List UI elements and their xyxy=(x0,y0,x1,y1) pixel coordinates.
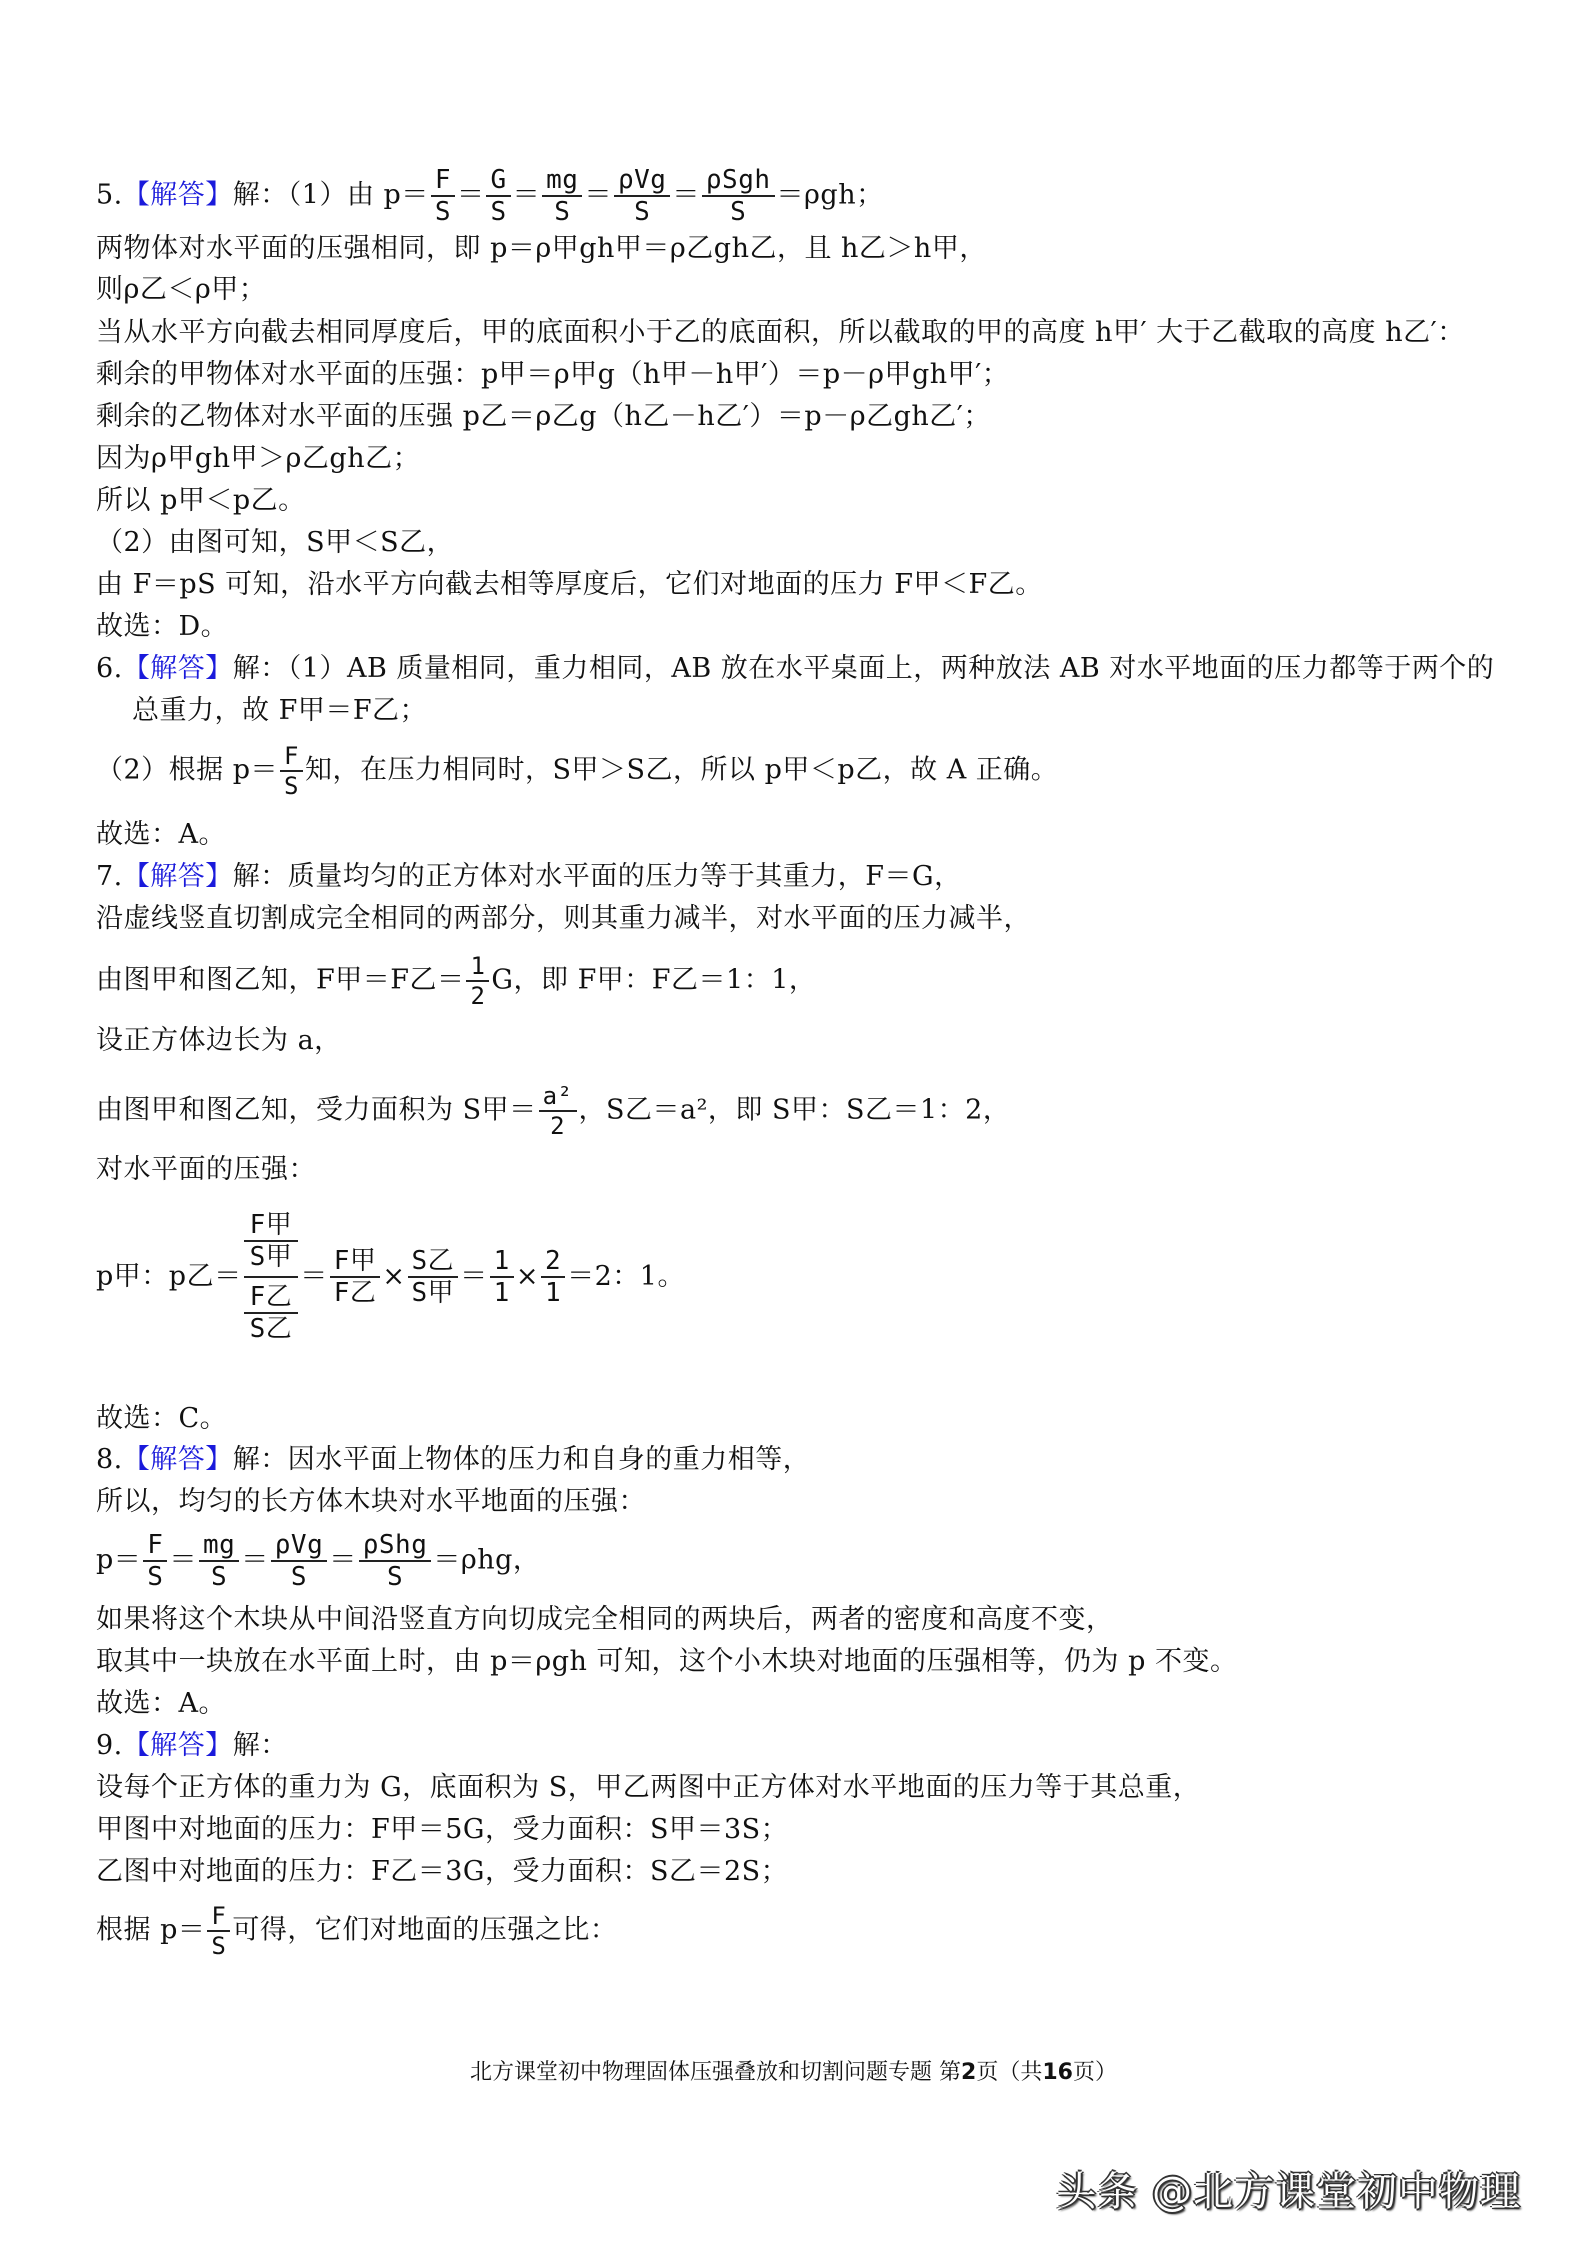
answer-tag: 【解答】 xyxy=(123,1730,233,1761)
question-number: 6. xyxy=(96,653,123,684)
text: 根据 p＝ xyxy=(96,1915,205,1946)
q8-line-4: 如果将这个木块从中间沿竖直方向切成完全相同的两块后，两者的密度和高度不变， xyxy=(96,1603,1114,1637)
q5-line-7: 因为ρ甲gh甲＞ρ乙gh乙； xyxy=(96,442,420,476)
text: p＝ xyxy=(96,1545,141,1576)
fraction: mgS xyxy=(199,1530,239,1592)
answer-tag: 【解答】 xyxy=(123,180,233,211)
q7-answer: 故选：C。 xyxy=(96,1402,227,1436)
fraction: 21 xyxy=(541,1246,565,1308)
fraction: S乙S甲 xyxy=(408,1246,459,1308)
text: ＝ρhg， xyxy=(433,1545,540,1576)
q7-line-3: 由图甲和图乙知，F甲＝F乙＝12G，即 F甲：F乙＝1：1， xyxy=(96,952,816,1010)
fraction: FS xyxy=(280,742,303,800)
q7-line-6: 对水平面的压强： xyxy=(96,1153,316,1187)
fraction: FS xyxy=(207,1902,230,1960)
q5-line-10: 由 F＝pS 可知，沿水平方向截去相等厚度后，它们对地面的压力 F甲＜F乙。 xyxy=(96,568,1043,602)
q9-line-3: 甲图中对地面的压力：F甲＝5G，受力面积：S甲＝3S； xyxy=(96,1813,788,1847)
text: 可得，它们对地面的压强之比： xyxy=(232,1915,617,1946)
q7-line-4: 设正方体边长为 a， xyxy=(96,1024,342,1058)
footer-page-mid: 页（共 xyxy=(976,2060,1042,2085)
fraction: a²2 xyxy=(539,1082,577,1140)
text: 解：因水平面上物体的压力和自身的重力相等， xyxy=(233,1444,811,1475)
fraction: ρSghS xyxy=(702,165,775,227)
question-number: 7. xyxy=(96,861,123,892)
q7-line-5: 由图甲和图乙知，受力面积为 S甲＝a²2，S乙＝a²，即 S甲：S乙＝1：2， xyxy=(96,1082,1010,1140)
q7-line-7: p甲：p乙＝ F甲S甲 F乙S乙 ＝F甲F乙×S乙S甲＝11×21＝2：1。 xyxy=(96,1210,685,1344)
q7-line-1: 7.【解答】解：质量均匀的正方体对水平面的压力等于其重力，F＝G， xyxy=(96,860,962,894)
answer-tag: 【解答】 xyxy=(123,653,233,684)
q5-line-2: 两物体对水平面的压强相同，即 p＝ρ甲gh甲＝ρ乙gh乙，且 h乙＞h甲， xyxy=(96,232,987,266)
fraction: FS xyxy=(143,1530,167,1592)
q5-line-8: 所以 p甲＜p乙。 xyxy=(96,484,306,518)
text: 由图甲和图乙知，F甲＝F乙＝ xyxy=(96,965,464,996)
text: 由图甲和图乙知，受力面积为 S甲＝ xyxy=(96,1095,537,1126)
text: ＝2：1。 xyxy=(567,1261,685,1292)
q6-answer: 故选：A。 xyxy=(96,818,226,852)
question-number: 8. xyxy=(96,1444,123,1475)
q6-line-1: 6.【解答】解：（1）AB 质量相同，重力相同，AB 放在水平桌面上，两种放法 … xyxy=(96,652,1494,686)
q5-line-9: （2）由图可知，S甲＜S乙， xyxy=(96,526,454,560)
q8-line-1: 8.【解答】解：因水平面上物体的压力和自身的重力相等， xyxy=(96,1443,810,1477)
q9-line-5: 根据 p＝FS可得，它们对地面的压强之比： xyxy=(96,1902,617,1960)
q5-line-6: 剩余的乙物体对水平面的压强 p乙＝ρ乙g（h乙－h乙′）＝p－ρ乙gh乙′； xyxy=(96,400,991,434)
question-number: 5. xyxy=(96,180,123,211)
text: ，S乙＝a²，即 S甲：S乙＝1：2， xyxy=(579,1095,1011,1126)
answer-tag: 【解答】 xyxy=(123,861,233,892)
q8-line-5: 取其中一块放在水平面上时，由 p＝ρgh 可知，这个小木块对地面的压强相等，仍为… xyxy=(96,1645,1237,1679)
text: 知，在压力相同时，S甲＞S乙，所以 p甲＜p乙，故 A 正确。 xyxy=(305,755,1058,786)
q9-line-1: 9.【解答】解： xyxy=(96,1729,288,1763)
q8-line-2: 所以，均匀的长方体木块对水平地面的压强： xyxy=(96,1485,646,1519)
text: p甲：p乙＝ xyxy=(96,1261,242,1292)
fraction: GS xyxy=(486,165,510,227)
q5-line-1: 5.【解答】解：（1）由 p＝FS＝GS＝mgS＝ρVgS＝ρSghS＝ρgh； xyxy=(96,165,884,227)
q5-line-5: 剩余的甲物体对水平面的压强：p甲＝ρ甲g（h甲－h甲′）＝p－ρ甲gh甲′； xyxy=(96,358,1009,392)
page-number: 2 xyxy=(961,2060,976,2085)
text: ＝ρgh； xyxy=(777,180,884,211)
fraction: F甲F乙 xyxy=(330,1246,381,1308)
fraction: 12 xyxy=(466,952,489,1010)
text: G，即 F甲：F乙＝1：1， xyxy=(491,965,816,996)
text: 解：（1）由 p＝ xyxy=(233,180,429,211)
fraction: FS xyxy=(431,165,455,227)
fraction: 11 xyxy=(490,1246,514,1308)
fraction: ρShgS xyxy=(359,1530,432,1592)
text: 解：（1）AB 质量相同，重力相同，AB 放在水平桌面上，两种放法 AB 对水平… xyxy=(233,653,1495,684)
q9-line-2: 设每个正方体的重力为 G，底面积为 S，甲乙两图中正方体对水平地面的压力等于其总… xyxy=(96,1771,1200,1805)
compound-fraction: F甲S甲 F乙S乙 xyxy=(244,1210,299,1344)
fraction: ρVgS xyxy=(271,1530,327,1592)
q8-answer: 故选：A。 xyxy=(96,1687,226,1721)
q9-line-4: 乙图中对地面的压力：F乙＝3G，受力面积：S乙＝2S； xyxy=(96,1855,788,1889)
q7-line-2: 沿虚线竖直切割成完全相同的两部分，则其重力减半，对水平面的压力减半， xyxy=(96,902,1031,936)
question-number: 9. xyxy=(96,1730,123,1761)
q6-line-3: （2）根据 p＝FS知，在压力相同时，S甲＞S乙，所以 p甲＜p乙，故 A 正确… xyxy=(96,742,1058,800)
answer-tag: 【解答】 xyxy=(123,1444,233,1475)
q5-answer: 故选：D。 xyxy=(96,610,228,644)
footer-page-suffix: 页） xyxy=(1073,2060,1117,2085)
fraction: mgS xyxy=(542,165,582,227)
q6-line-2: 总重力，故 F甲＝F乙； xyxy=(132,694,427,728)
page-total: 16 xyxy=(1042,2060,1073,2085)
fraction: ρVgS xyxy=(614,165,670,227)
footer-title: 北方课堂初中物理固体压强叠放和切割问题专题 xyxy=(470,2060,932,2085)
q5-line-3: 则ρ乙＜ρ甲； xyxy=(96,273,266,307)
text: （2）根据 p＝ xyxy=(96,755,278,786)
text: 解： xyxy=(233,1730,288,1761)
text: 解：质量均匀的正方体对水平面的压力等于其重力，F＝G， xyxy=(233,861,962,892)
watermark: 头条 @北方课堂初中物理 xyxy=(1056,2160,1521,2217)
q8-line-3: p＝FS＝mgS＝ρVgS＝ρShgS＝ρhg， xyxy=(96,1530,540,1592)
footer-page-prefix: 第 xyxy=(939,2060,961,2085)
page-footer: 北方课堂初中物理固体压强叠放和切割问题专题 第2页（共16页） xyxy=(0,2055,1587,2086)
document-page: 5.【解答】解：（1）由 p＝FS＝GS＝mgS＝ρVgS＝ρSghS＝ρgh；… xyxy=(0,0,1587,2245)
q5-line-4: 当从水平方向截去相同厚度后，甲的底面积小于乙的底面积，所以截取的甲的高度 h甲′… xyxy=(96,316,1465,350)
